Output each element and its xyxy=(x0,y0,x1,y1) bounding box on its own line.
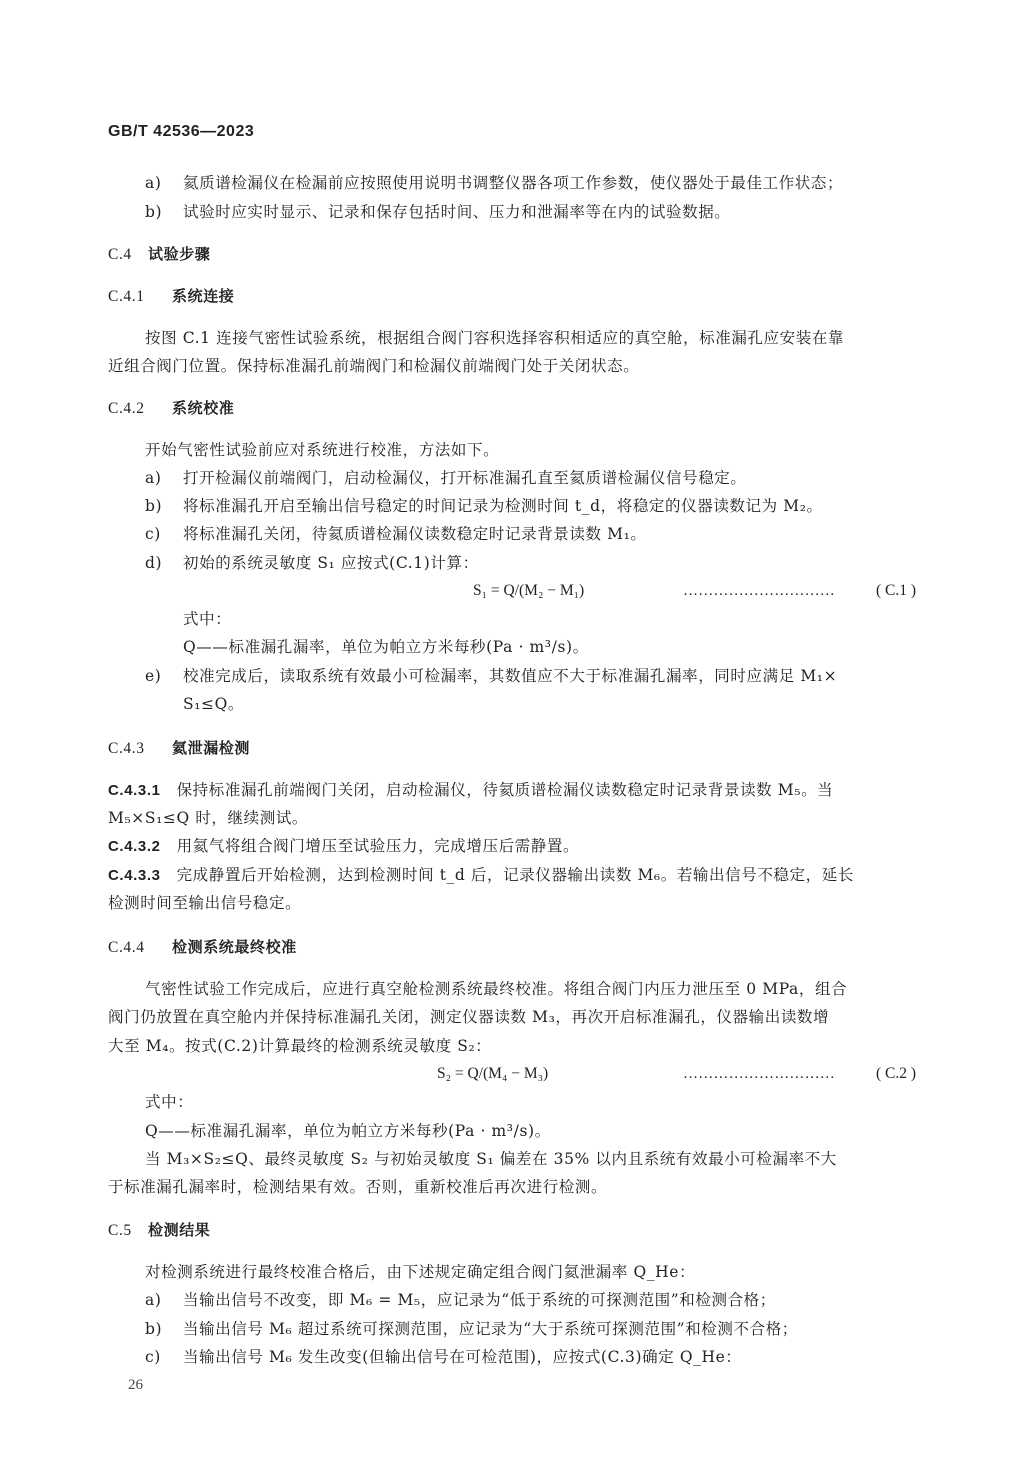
section-heading-c44: C.4.4检测系统最终校准 xyxy=(108,937,297,958)
clause-c433: C.4.3.3完成静置后开始检测，达到检测时间 t_d 后，记录仪器输出读数 M… xyxy=(108,865,854,886)
section-heading-c41: C.4.1系统连接 xyxy=(108,286,234,307)
section-heading-c42: C.4.2系统校准 xyxy=(108,398,234,419)
list-item: c)将标准漏孔关闭，待氦质谱检漏仪读数稳定时记录背景读数 M₁。 xyxy=(145,524,647,544)
standard-number: GB/T 42536—2023 xyxy=(108,122,254,142)
paragraph-line: 按图 C.1 连接气密性试验系统，根据组合阀门容积选择容积相适应的真空舱，标准漏… xyxy=(145,328,844,348)
paragraph-line: 于标准漏孔漏率时，检测结果有效。否则，重新校准后再次进行检测。 xyxy=(108,1177,607,1197)
paragraph-line: 当 M₃×S₂≤Q、最终灵敏度 S₂ 与初始灵敏度 S₁ 偏差在 35% 以内且… xyxy=(145,1149,837,1169)
paragraph-line: 气密性试验工作完成后，应进行真空舱检测系统最终校准。将组合阀门内压力泄压至 0 … xyxy=(145,979,847,999)
list-item: b)试验时应实时显示、记录和保存包括时间、压力和泄漏率等在内的试验数据。 xyxy=(145,202,730,222)
section-heading-c4: C.4试验步骤 xyxy=(108,244,210,265)
list-item: d)初始的系统灵敏度 S₁ 应按式(C.1)计算： xyxy=(145,553,479,573)
formula-leader-dots: ………………………… xyxy=(683,1064,835,1084)
list-item-continuation: S₁≤Q。 xyxy=(183,694,244,714)
where-label: 式中： xyxy=(145,1092,193,1112)
clause-c431: C.4.3.1保持标准漏孔前端阀门关闭，启动检漏仪，待氦质谱检漏仪读数稳定时记录… xyxy=(108,780,833,801)
paragraph-line: 开始气密性试验前应对系统进行校准，方法如下。 xyxy=(145,440,499,460)
formula-ref-c1: ( C.1 ) xyxy=(876,581,916,601)
list-item: b)将标准漏孔开启至输出信号稳定的时间记录为检测时间 t_d，将稳定的仪器读数记… xyxy=(145,496,823,516)
list-item: a)氦质谱检漏仪在检漏前应按照使用说明书调整仪器各项工作参数，使仪器处于最佳工作… xyxy=(145,173,843,193)
list-item: e)校准完成后，读取系统有效最小可检漏率，其数值应不大于标准漏孔漏率，同时应满足… xyxy=(145,666,837,686)
page-number: 26 xyxy=(128,1377,143,1394)
list-item: a)当输出信号不改变，即 M₆ = M₅，应记录为“低于系统的可探测范围”和检测… xyxy=(145,1290,776,1310)
symbol-definition: Q——标准漏孔漏率，单位为帕立方米每秒(Pa · m³/s)。 xyxy=(183,637,589,657)
formula-ref-c2: ( C.2 ) xyxy=(876,1064,916,1084)
paragraph-line: 近组合阀门位置。保持标准漏孔前端阀门和检漏仪前端阀门处于关闭状态。 xyxy=(108,356,639,376)
formula-c2: S₂ = Q/(M₄ − M₃) xyxy=(437,1064,548,1084)
symbol-definition: Q——标准漏孔漏率，单位为帕立方米每秒(Pa · m³/s)。 xyxy=(145,1121,551,1141)
section-heading-c5: C.5检测结果 xyxy=(108,1220,210,1241)
paragraph-line: 阀门仍放置在真空舱内并保持标准漏孔关闭，测定仪器读数 M₃，再次开启标准漏孔，仪… xyxy=(108,1007,829,1027)
formula-leader-dots: ………………………… xyxy=(683,581,835,601)
where-label: 式中： xyxy=(183,609,231,629)
clause-continuation: 检测时间至输出信号稳定。 xyxy=(108,893,301,913)
list-item: a)打开检漏仪前端阀门，启动检漏仪，打开标准漏孔直至氦质谱检漏仪信号稳定。 xyxy=(145,468,747,488)
clause-c432: C.4.3.2用氦气将组合阀门增压至试验压力，完成增压后需静置。 xyxy=(108,836,579,857)
section-heading-c43: C.4.3氦泄漏检测 xyxy=(108,738,250,759)
formula-c1: S₁ = Q/(M₂ − M₁) xyxy=(473,581,584,601)
list-item: c)当输出信号 M₆ 发生改变(但输出信号在可检范围)，应按式(C.3)确定 Q… xyxy=(145,1347,742,1367)
paragraph-line: 大至 M₄。按式(C.2)计算最终的检测系统灵敏度 S₂： xyxy=(108,1036,491,1056)
clause-continuation: M₅×S₁≤Q 时，继续测试。 xyxy=(108,808,308,828)
list-item: b)当输出信号 M₆ 超过系统可探测范围，应记录为“大于系统可探测范围”和检测不… xyxy=(145,1319,798,1339)
paragraph-line: 对检测系统进行最终校准合格后，由下述规定确定组合阀门氦泄漏率 Q_He： xyxy=(145,1262,695,1282)
